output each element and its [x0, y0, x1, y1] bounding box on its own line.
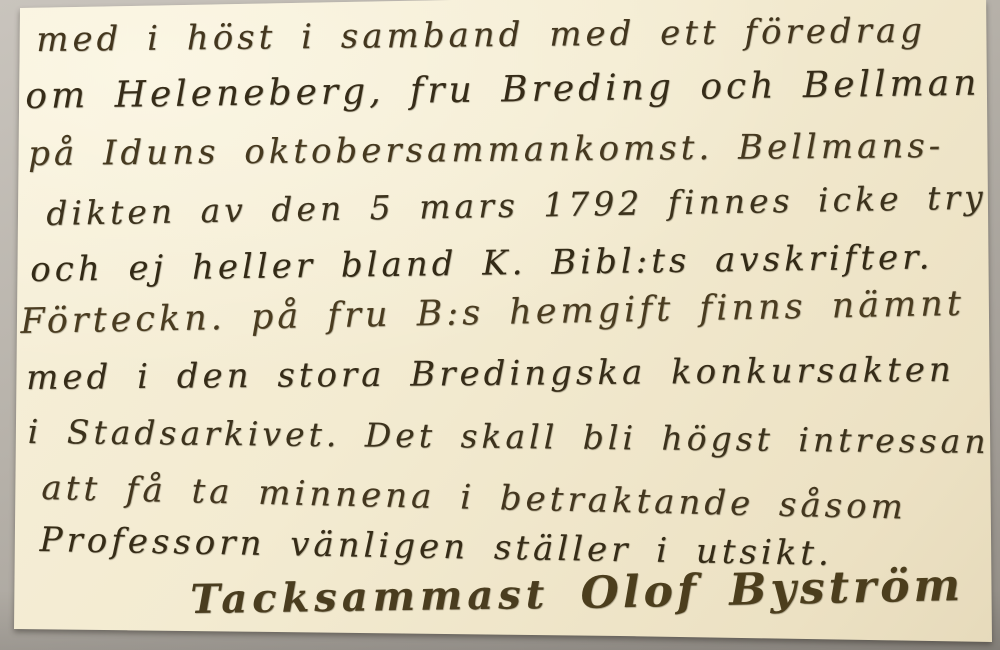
handwritten-line-5: och ej heller bland K. Bibl:ts avskrifte… [30, 237, 934, 290]
closing-word: Tacksammast [190, 571, 550, 623]
handwritten-line-7: med i den stora Bredingska konkursakten [26, 350, 955, 398]
handwritten-line-4: dikten av den 5 mars 1792 finnes icke tr… [46, 176, 1000, 233]
handwritten-line-9: att få ta minnena i betraktande såsom [41, 468, 907, 528]
handwritten-line-1: med i höst i samband med ett föredrag [36, 11, 926, 60]
handwritten-line-2: om Heleneberg, fru Breding och Bellman [25, 63, 981, 117]
handwritten-line-3: på Iduns oktobersammankomst. Bellmans- [28, 126, 944, 174]
handwritten-line-6: Förteckn. på fru B:s hemgift finns nämnt [20, 284, 965, 342]
signature: Olof Byström [580, 560, 965, 619]
handwritten-note-card: med i höst i samband med ett föredrag om… [0, 0, 1000, 650]
handwritten-line-8: i Stadsarkivet. Det skall bli högst intr… [28, 412, 1000, 461]
card-shadow: med i höst i samband med ett föredrag om… [0, 0, 1000, 650]
